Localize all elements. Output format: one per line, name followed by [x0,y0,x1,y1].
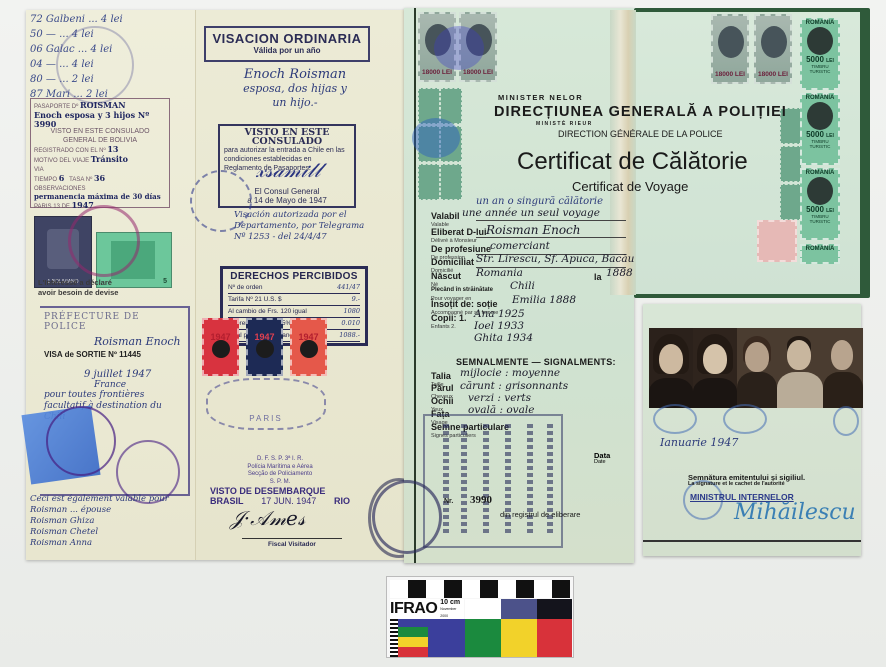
swatch-white [465,599,501,619]
bolivia-row: VISTO EN ESTE CONSULADO [34,128,166,136]
ifrao-length: 10 cmNovember 2000 [440,599,464,620]
photo-family-group [737,328,863,408]
romania-tourist-stamp: ROMANIA 5000 LEI TIMBRU TURISTIC [800,18,840,90]
child-3-value: Ghita 1934 [474,332,533,344]
round-consulate-seal [56,26,134,104]
visa-handwritten-names: Enoch Roisman esposa, dos hijas y un hij… [220,68,370,110]
bolivia-consulate-stamp: PASAPORTE Dº ROISMAN Enoch esposa y 3 hi… [30,98,170,208]
prefecture-title: PRÉFECTURE DE POLICE [44,312,184,332]
birthplace-value: Romania [476,267,523,279]
swatch-mini-blue [398,619,428,627]
height-value: mijlocie : moyenne [460,367,560,379]
direction-heading-ro: DIRECȚIUNEA GENERALĂ A POLIȚIEI [494,104,787,120]
registry-label: din registrul de eliberare [500,510,580,519]
swatch-green [465,619,501,657]
field-underline [476,220,626,221]
fees-title: DERECHOS PERCIBIDOS [228,271,360,282]
chile-stamp-1947-red: 1947 [202,318,239,376]
visa-subtitle: Válida por un año [206,46,368,55]
chile-stamp-1947-orange: 1947 [290,318,327,376]
ifrao-brand: IFRAO [390,600,437,618]
passport-page-right: VISACION ORDINARIA Válida por un año Eno… [196,10,406,560]
romania-tourist-stamp: ROMANIA 5000 LEI TIMBRU TURISTIC [800,168,840,240]
certificate-title: Certificat de Călătorie [517,148,748,176]
child-2-value: Ioel 1933 [474,320,524,332]
field-data: DataDate [594,452,610,466]
swatch-mini-green [398,627,428,637]
bolivia-row: TIEMPO 6 TASA Nº 36 [34,174,166,184]
blue-seal [723,404,767,434]
field-copii: Copii: 1.Enfants 2. [431,314,467,332]
blue-ink-cancel [434,26,484,70]
photograph-scene: 72 Galbeni ... 4 lei 50 — ... 4 lei 06 G… [0,0,886,667]
destination-value: Chili [510,280,535,292]
swatch-mini-red [398,647,428,657]
prefecture-destination: France [94,380,184,390]
consulate-title: VISTO EN ESTE CONSULADO [224,128,350,146]
holder-name-value: Roisman Enoch [486,223,581,237]
registration-number: 3990 [470,494,492,506]
consul-signature: 𝓍𝓈𝒶𝓂𝒾𝓁𝓁 [256,158,320,182]
field-underline [476,237,626,238]
scale-checker-row [390,580,570,598]
birth-year-value: 1888 [606,267,633,279]
small-green-stamp [780,146,802,182]
handwritten-validity: un an o singură călătorie [476,196,603,207]
swatch-slate [501,599,537,619]
pink-fiscal-stamp [757,220,797,262]
inspector-signature: 𝒥·𝒜𝓂𝑒𝓈 [230,506,305,530]
fee-row: Tarifa Nº 21 U.S. $9.- [228,294,360,306]
fee-row: Nº de orden441/47 [228,282,360,294]
visa-title: VISACION ORDINARIA [206,31,368,46]
paris-consulate-seal: PARIS [206,378,326,430]
purple-round-seal [46,406,116,476]
bolivia-row: permanencia máxima de 30 días [34,193,166,201]
small-green-stamp [418,164,440,200]
signalments-heading: SEMNALMENTE — SIGNALMENTS: [456,357,616,367]
fiscal-stamp-18000-lei: 18000 LEI [711,14,749,84]
fiscal-stamp-18000-lei: 18000 LEI [754,14,792,84]
swatch-stripes [390,619,398,657]
family-line: Roisman Chetel [30,527,169,538]
landing-visa-date-row: BRASIL 17 JUN. 1947 RIO [210,496,350,506]
bolivia-row: GENERAL DE BOLIVIA [34,137,166,145]
exit-visa-number: VISA de SORTIE Nº 11445 [44,350,184,359]
swatch-mini-yellow [398,637,428,647]
romania-tourist-stamp-partial: ROMANIA [800,244,840,264]
direction-heading-fr: DIRECTION GÉNÉRALE DE LA POLICE [558,129,723,139]
fee-row: Al cambio de Frs. 120 igual1080 [228,306,360,318]
ifrao-color-scale: IFRAO 10 cmNovember 2000 [386,576,574,658]
authorization-note: Visación autorizada por el Departamento,… [234,210,384,243]
partial-round-seal [372,480,442,554]
ministry-heading: MINISTER NELOR [498,93,583,102]
landing-visa-title: VISTO DE DESEMBARQUE [210,486,350,496]
small-green-stamp [780,184,802,220]
profession-value: comerciant [490,240,550,252]
blue-seal [833,406,859,436]
hair-value: cărunt : grisonnants [460,380,568,392]
field-la: la [594,273,602,282]
photo-woman-2 [693,328,737,408]
family-line: Roisman Anna [30,538,169,549]
nr-label: Nr. [444,497,453,506]
swatch-black [537,599,572,619]
ledger-line: 72 Galbeni ... 4 lei [30,12,170,27]
ifrao-label: IFRAO 10 cmNovember 2000 [390,599,464,619]
domicile-value: Str. Lirescu, Sf. Apuca, Bacău [476,253,634,265]
swatch-blue [428,619,465,657]
chile-stamp-1947-blue: 1947 [246,318,283,376]
prefecture-date: 9 juillet 1947 [84,369,184,380]
purple-consular-seal [68,205,140,277]
passport-page-left: 72 Galbeni ... 4 lei 50 — ... 4 lei 06 G… [26,10,196,560]
swatch-yellow [501,619,537,657]
blue-ink-cancel [412,118,460,158]
certificate-subtitle: Certificat de Voyage [572,179,688,194]
passport-booklet-left: 72 Galbeni ... 4 lei 50 — ... 4 lei 06 G… [26,10,406,560]
interest-declaration: L'Intéressé a déclaré avoir besoin de de… [38,278,118,298]
photo-woman-1 [649,328,693,408]
ministry-heading-fr: MINISTÈ RIEUR [536,121,593,127]
brazil-landing-visa-stamp: D. F. S. P. 3ª I. R. Polícia Marítima e … [210,456,350,506]
vertical-transit-stamp [423,414,563,548]
bolivia-row: Enoch esposa y 3 hijos Nº 3990 [34,111,166,128]
valabil-value: une année un seul voyage [462,207,600,219]
swatch-red [537,619,572,657]
family-line: Ceci est également valable pour [30,494,169,505]
child-1-value: Ana 1925 [474,308,525,320]
bolivia-row: MOTIVO DEL VIAJE Tránsito [34,155,166,165]
spouse-value: Emilia 1888 [512,294,576,306]
visacion-ordinaria-stamp: VISACION ORDINARIA Válida por un año [204,26,370,62]
eyes-value: verzi : verts [468,392,531,404]
family-line: Roisman ... épouse [30,505,169,516]
card-bottom-rule [643,540,861,542]
card-issue-date: Ianuarie 1947 [660,436,738,449]
romania-tourist-stamp: ROMANIA 5000 LEI TIMBRU TURISTIC [800,93,840,165]
blue-seal [653,404,697,434]
small-green-stamp [440,164,462,200]
issuer-signature-label: Semnătura emitentului și sigiliul.La sig… [688,474,805,488]
family-line: Roisman Ghiza [30,516,169,527]
family-members-list: Ceci est également valable pour Roisman … [30,494,169,549]
fiscal-visitador-label: Fiscal Visitador [242,538,342,548]
prefecture-name: Roisman Enoch [94,335,184,348]
ministry-signature: Mihăilescu [734,500,856,525]
